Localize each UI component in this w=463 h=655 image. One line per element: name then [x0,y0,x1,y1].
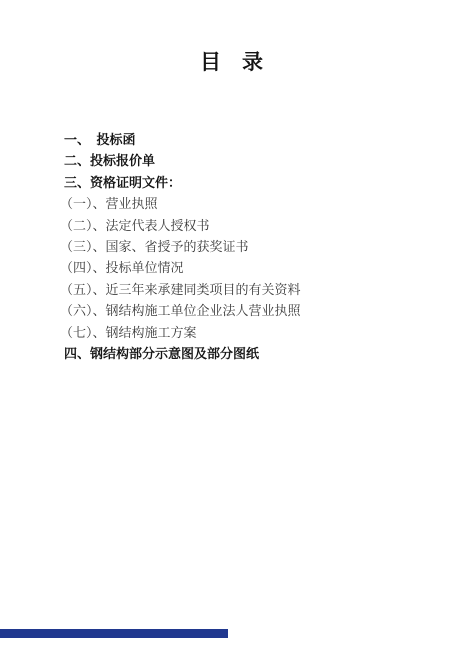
toc-entry: （二）、法定代表人授权书 [60,215,443,236]
document-page: 目 录 一、 投标函二、投标报价单三、资格证明文件：（一）、营业执照（二）、法定… [0,0,463,655]
toc-entry: （三）、国家、省授予的获奖证书 [60,236,443,257]
table-of-contents: 一、 投标函二、投标报价单三、资格证明文件：（一）、营业执照（二）、法定代表人授… [60,129,443,364]
toc-entry: （一）、营业执照 [60,193,443,214]
toc-entry: （七）、钢结构施工方案 [60,322,443,343]
toc-entry: 四、钢结构部分示意图及部分图纸 [60,343,443,364]
toc-entry: （五）、近三年来承建同类项目的有关资料 [60,279,443,300]
toc-entry: （六）、钢结构施工单位企业法人营业执照 [60,300,443,321]
toc-entry: 一、 投标函 [60,129,443,150]
toc-entry: 二、投标报价单 [60,150,443,171]
page-title: 目 录 [0,46,463,76]
bottom-blue-bar [0,629,228,638]
toc-entry: （四）、投标单位情况 [60,257,443,278]
toc-entry: 三、资格证明文件： [60,172,443,193]
